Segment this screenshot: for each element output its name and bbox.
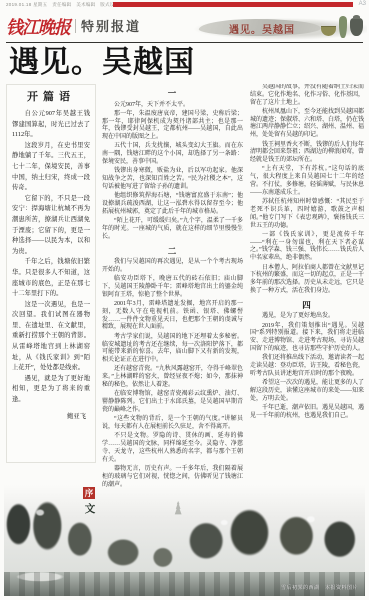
red-seal-icon: 序 (83, 487, 95, 499)
body-paragraph: 钱镠出身寒微，贩盐为业，后以军功起家。他深知战争之苦，也深知百姓之苦。“民为社稷… (102, 168, 243, 191)
intro-box: 开篇语 自公元907年吴越王钱镠建国算起，时光已过去了1112年。 这段岁月，在… (6, 84, 96, 463)
body-paragraph: 考古学家们说，吴越国的地下还埋着太多秘密。临安城遗址的考古还在继续，每一次洛阳铲… (102, 334, 243, 365)
landscape-photo: 雪后初霁的西湖 本报资料图片 (4, 485, 365, 596)
section-number-4: 四 (250, 299, 364, 311)
body-paragraph: 公元907年，天下并不太平。 (102, 102, 243, 110)
section-name: 特别报道 (81, 16, 141, 35)
body-paragraph: 我们还将推出线下活动，邀请读者一起走读吴越：登功臣塔，访王陵，看秘色瓷，听考古队… (250, 355, 364, 378)
body-paragraph: 吴越国的故事，并没有随着纳土归宋而结束。它化作地名、化作习俗、化作基因，留在了这… (250, 84, 364, 107)
body-paragraph: 一部《钱氏家训》，更是流传千年——“利在一身勿谋也，利在天下者必谋之。”钱学森、… (250, 232, 364, 263)
body-paragraph: 遇见，是为了更好地出发。 (250, 313, 364, 321)
masthead-divider (75, 19, 76, 33)
masthead: 钱江晚报 特别报道 (6, 13, 141, 38)
body-paragraph: 2019年，我们策划推出“遇见。吴越国”系列特别报道。接下来，我们将走进临安、走… (250, 323, 364, 354)
preface-calligraphy: 序 文 (83, 487, 97, 516)
body-paragraph: 希望这一次次的遇见，能让更多的人了解这段历史，读懂这座城市的来处——知来处，方明… (250, 380, 364, 403)
body-paragraph: “陌上花开，可缓缓归矣。”九个字，温柔了一千多年的时光。一座城的气质，就在这样的… (102, 218, 243, 241)
author-signature: 鲍亚飞 (12, 411, 90, 420)
series-banner: 遇见。吴越国 (181, 12, 367, 43)
body-paragraph: 不只是文物。罗隐的诗、贯休的画、延寿的佛学……吴越国的文脉，同样绵延至今。灵隐寺… (102, 433, 243, 464)
body-paragraph: 千年已逝，潮声依旧。遇见吴越国，遇见一千年前的杭州，也遇见我们自己。 (250, 405, 364, 421)
body-paragraph: 那一年，朱温废唐哀帝，建国号梁，史称后梁；那一年，耶律阿保机成为契丹诸部共主；也… (102, 111, 243, 142)
body-column-2: 吴越国的故事，并没有随着纳土归宋而结束。它化作地名、化作习俗、化作基因，留在了这… (250, 84, 364, 488)
intro-paragraph: 这是一次遇见，也是一次回望。我们试图在器物里、在遗址里、在文献里，重新打捞那个王… (12, 300, 90, 374)
body-paragraph: 杭州凤凰山下，至今还能找到吴越国都城的遗迹；保俶塔、六和塔、白塔，仍在钱塘江两岸… (250, 109, 364, 140)
body-column-1: 一 公元907年，天下并不太平。 那一年，朱温废唐哀帝，建国号梁，史称后梁；那一… (102, 84, 243, 489)
masthead-red-bar (113, 2, 353, 7)
intro-paragraph: 它留下的，不只是一段安宁：捍海塘让杭城不再为潮患所苦，撩湖兵让西湖免于湮废；它留… (12, 194, 90, 258)
edition-info: 2019.01.18 星期五 责任编辑 美术编辑 版式设计 (6, 2, 119, 8)
body-paragraph: 五代十国，兵戈扰攘，城头变幻大王旗。而在东南一隅，钱塘江畔的这个小国，却选择了另… (102, 143, 243, 166)
intro-paragraph: 自公元907年吴越王钱镠建国算起，时光已过去了1112年。 (12, 109, 90, 141)
intro-paragraph: 千年之后，钱塘依旧繁华。只是很多人不知道，这座城市的底色，正是在那七十二年里打下… (12, 257, 90, 299)
article-headline: 遇见。吴越国 (9, 48, 195, 78)
intro-box-heading: 开篇语 (12, 88, 90, 104)
body-paragraph: 2001年3月，雷峰塔遗址发掘，地宫开启的那一刻，无数人守在电视机前。铁函、银塔… (102, 301, 243, 332)
intro-paragraph: 这段岁月，在史书里安静地躺了千年。三代五王，七十二年，保境安民，善事中国，纳土归… (12, 141, 90, 194)
photo-caption: 雪后初霁的西湖 本报资料图片 (281, 584, 358, 591)
body-paragraph: 还有越窑青瓷。“九秋风露越窑开，夺得千峰翠色来。”上林湖畔的窑火，曾经昼夜不熄；… (102, 366, 243, 389)
page-number: A3 (359, 1, 366, 7)
section-number-1: 一 (102, 87, 243, 99)
masthead-rule (6, 42, 363, 43)
body-paragraph: 钱王祠里香火不断，钱镠的后人们每年清明都会回来祭祖；西湖边的柳浪闻莺，曾经就是钱… (250, 142, 364, 165)
intro-paragraph: 遇见，就是为了更好地相知，更是为了将来的重逢。 (12, 374, 90, 406)
censer-image (350, 18, 363, 36)
calligraphy-char: 文 (83, 501, 97, 516)
body-paragraph: 他组织修筑捍海石塘，“钱塘富庶盛于东南”；他设撩湖兵疏浚西湖，让这一泓碧水得以留… (102, 193, 243, 216)
snowy-trees (4, 491, 365, 574)
section-number-2: 二 (102, 245, 243, 257)
celadon-vase-image (339, 16, 347, 38)
series-banner-title: 遇见。吴越国 (207, 21, 317, 36)
body-paragraph: 我们与吴越国的再次遇见，是从一个个考古现场开始的。 (102, 259, 243, 275)
body-paragraph: 苏轼任杭州知州时曾感慨：“其民至于老死不识兵革，四时嬉游，歌鼓之声相闻。”他专门… (250, 199, 364, 230)
newspaper-logo: 钱江晚报 (6, 12, 70, 38)
body-paragraph: 日本僧人、阿拉伯商人都曾在文献里记下杭州的繁盛，而这一切的起点，正是一千多年前的… (250, 265, 364, 296)
body-paragraph: “这些文物的背后，是一个王朝的气度。”讲解员说，每天都有人在展柜前长久驻足，舍不… (102, 416, 243, 432)
body-paragraph: 在临安博物馆，越窑青瓷褐彩云纹熏炉、油灯、罂静静陈列。它们出土于水邱氏墓，是吴越… (102, 391, 243, 414)
body-paragraph: “上有天堂，下有苏杭。”这句话的底气，很大程度上来自吴越国七十二年的经营。不打仗… (250, 166, 364, 197)
body-paragraph: 临安功臣塔下，晚唐五代的砖石依旧；庙山脚下，吴越国王陵静卧千年；雷峰塔地宫出土的… (102, 276, 243, 299)
